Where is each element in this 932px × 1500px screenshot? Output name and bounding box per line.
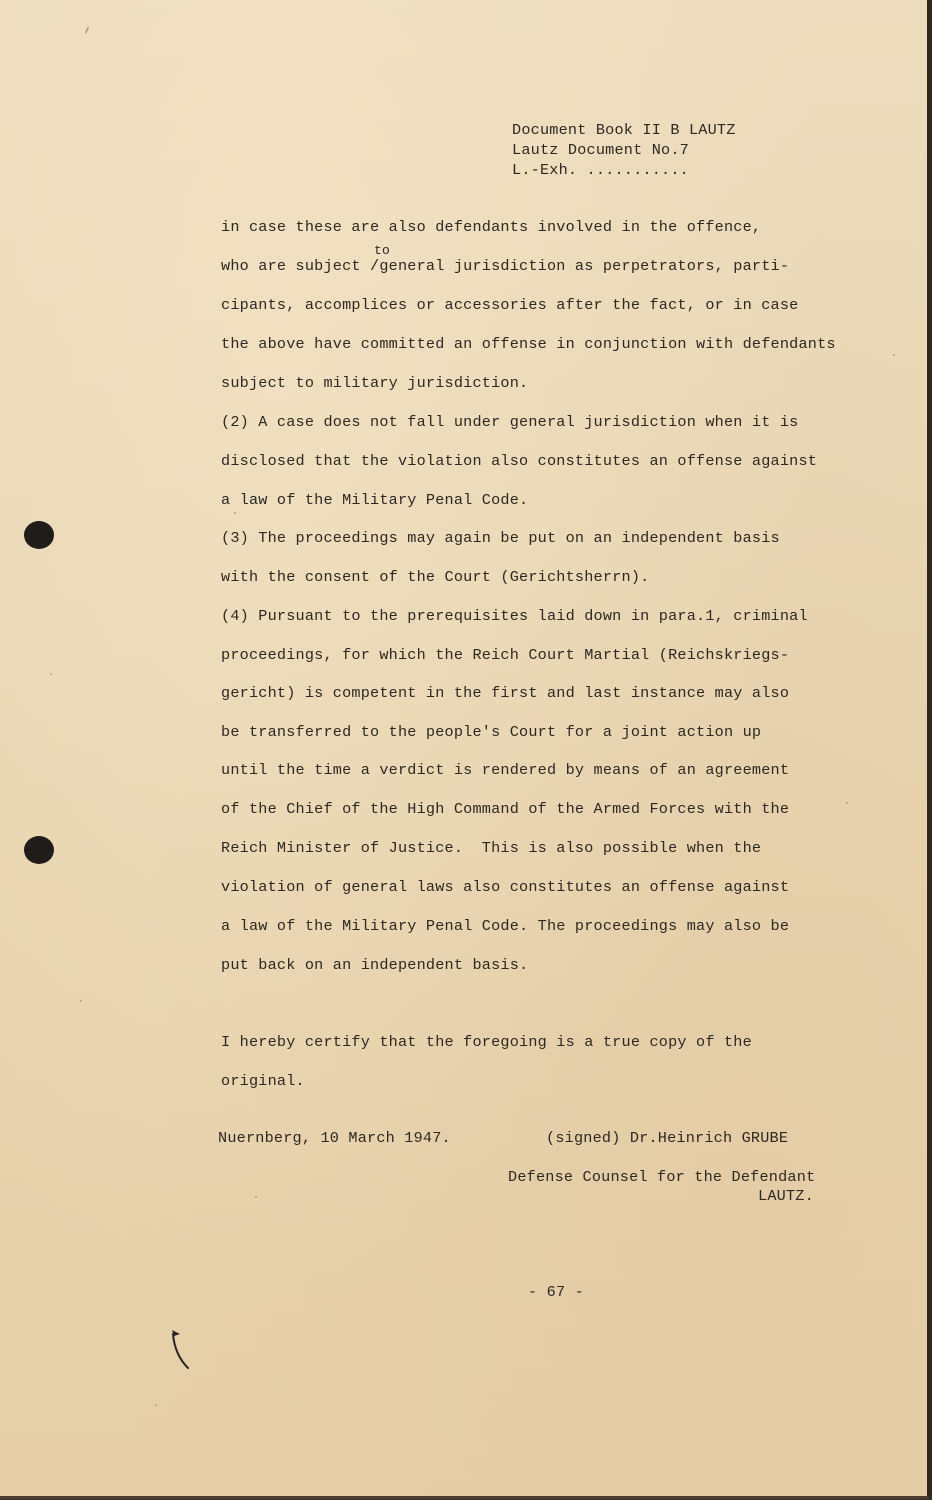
header-document-number: Lautz Document No.7 bbox=[512, 140, 689, 160]
paper-speck bbox=[255, 1196, 257, 1198]
paragraph-3-line: with the consent of the Court (Gerichtsh… bbox=[221, 567, 649, 587]
paragraph-3-line: (3) The proceedings may again be put on … bbox=[221, 528, 780, 548]
body-line: who are subject /general jurisdiction as… bbox=[221, 256, 789, 276]
defendant-name: LAUTZ. bbox=[758, 1186, 814, 1206]
certification-line: original. bbox=[221, 1071, 305, 1091]
paragraph-4-line: gericht) is competent in the first and l… bbox=[221, 683, 789, 703]
paragraph-4-line: a law of the Military Penal Code. The pr… bbox=[221, 916, 789, 936]
paper-speck bbox=[80, 1000, 82, 1002]
paragraph-4-line: be transferred to the people's Court for… bbox=[221, 722, 761, 742]
paragraph-4-line: until the time a verdict is rendered by … bbox=[221, 760, 789, 780]
body-line: the above have committed an offense in c… bbox=[221, 334, 836, 354]
document-page: Document Book II B LAUTZ Lautz Document … bbox=[0, 0, 931, 1499]
body-line: subject to military jurisdiction. bbox=[221, 373, 528, 393]
certification-line: I hereby certify that the foregoing is a… bbox=[221, 1032, 752, 1052]
paragraph-4-line: (4) Pursuant to the prerequisites laid d… bbox=[221, 606, 808, 626]
signature: (signed) Dr.Heinrich GRUBE bbox=[546, 1128, 788, 1148]
paragraph-4-line: violation of general laws also constitut… bbox=[221, 877, 789, 897]
paragraph-2-line: disclosed that the violation also consti… bbox=[221, 451, 817, 471]
signatory-title: Defense Counsel for the Defendant bbox=[508, 1167, 815, 1187]
body-line: in case these are also defendants involv… bbox=[221, 217, 761, 237]
paper-speck bbox=[155, 1404, 157, 1406]
body-line: cipants, accomplices or accessories afte… bbox=[221, 295, 798, 315]
paragraph-2-line: (2) A case does not fall under general j… bbox=[221, 412, 798, 432]
paper-speck bbox=[84, 26, 89, 34]
paragraph-4-line: put back on an independent basis. bbox=[221, 955, 528, 975]
paper-speck bbox=[234, 512, 236, 514]
paper-speck bbox=[50, 673, 52, 675]
paper-speck bbox=[846, 802, 848, 804]
punch-hole bbox=[24, 836, 54, 864]
paragraph-4-line: Reich Minister of Justice. This is also … bbox=[221, 838, 761, 858]
page-number: - 67 - bbox=[528, 1282, 584, 1302]
place-date: Nuernberg, 10 March 1947. bbox=[218, 1128, 451, 1148]
paragraph-4-line: proceedings, for which the Reich Court M… bbox=[221, 645, 789, 665]
paper-speck bbox=[893, 354, 895, 356]
header-exhibit: L.-Exh. ........... bbox=[512, 160, 689, 180]
pencil-mark-icon bbox=[168, 1328, 198, 1372]
punch-hole bbox=[24, 521, 54, 549]
header-document-book: Document Book II B LAUTZ bbox=[512, 120, 736, 140]
paragraph-4-line: of the Chief of the High Command of the … bbox=[221, 799, 789, 819]
paragraph-2-line: a law of the Military Penal Code. bbox=[221, 490, 528, 510]
